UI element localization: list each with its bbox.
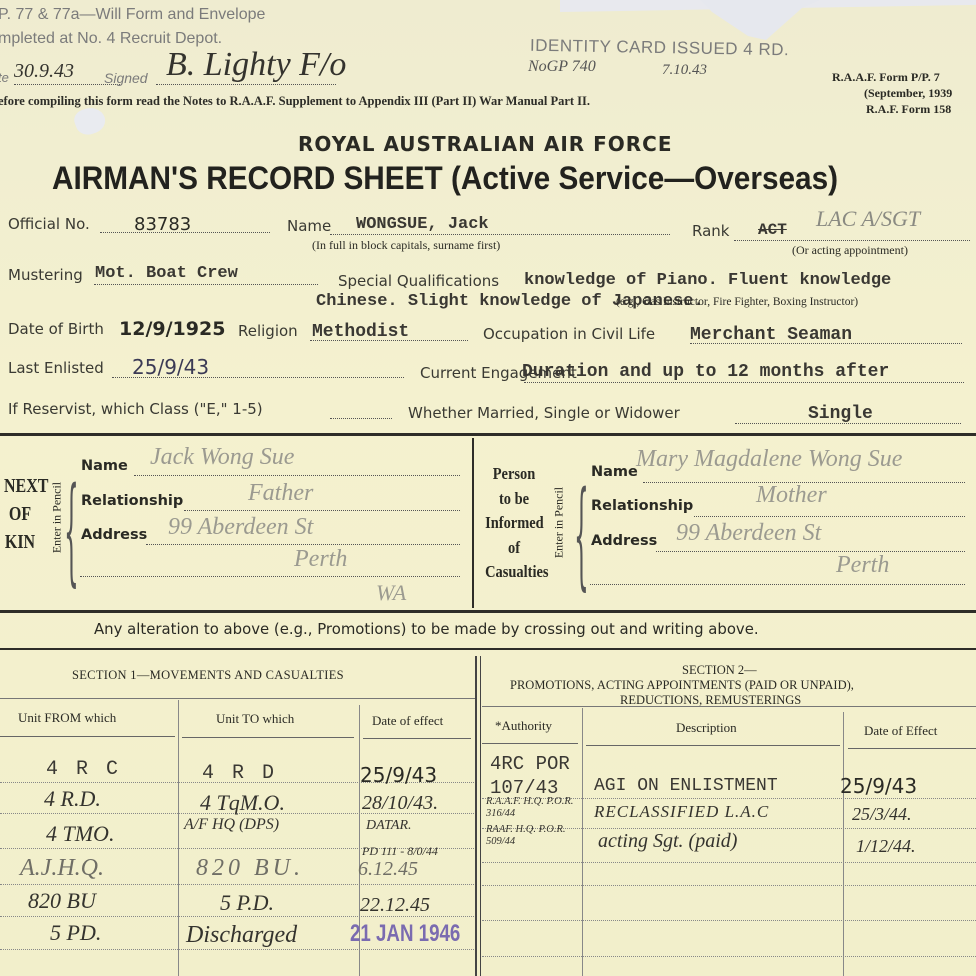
casualty-address-line-2 [590,584,965,585]
casualty-relationship-label: Relationship [591,498,693,514]
instructions: efore compiling this form read the Notes… [0,94,590,109]
table-row-description-3: acting Sgt. (paid) [598,830,737,853]
reservist-line [330,418,392,419]
mustering-value: Mot. Boat Crew [95,264,238,283]
occupation-label: Occupation in Civil Life [483,325,655,343]
religion-label: Religion [238,322,298,340]
table-row-description-2: RECLASSIFIED L.A.C [594,802,769,822]
marital-value: Single [808,404,873,424]
section-divider [475,656,477,976]
section1-col-date: Date of effect [372,713,443,729]
casualty-address-line [656,551,965,552]
table-row-7-from: 5 PD. [50,920,101,946]
mustering-line [94,284,318,285]
date-label: te [0,70,9,85]
table-row-authority-1: 4RC POR 107/43 [490,752,584,800]
row-line [482,885,976,886]
table-row-6-date: 22.12.45 [360,894,430,917]
table-row-5-from: A.J.H.Q. [20,855,104,882]
nok-address-value-2: Perth [294,546,347,573]
section1-col-to: Unit TO which [216,711,294,727]
occupation-value: Merchant Seaman [690,325,852,345]
last-enlisted-label: Last Enlisted [8,359,104,377]
header-underline [586,745,840,746]
casualty-contact-heading: Person to be Informed of Casualties [485,462,543,585]
name-value: WONGSUE, Jack [356,215,489,234]
table-row-7-to: Discharged [186,922,297,949]
casualty-relationship-line [694,516,965,517]
reservist-label: If Reservist, which Class ("E," 1-5) [8,400,263,418]
rank-hint: (Or acting appointment) [792,243,908,258]
header-underline [363,738,471,739]
form-ref-1: R.A.A.F. Form P/P. 7 [832,70,940,85]
section2-rule [482,706,976,707]
engagement-value: Duration and up to 12 months after [522,362,889,382]
row-line [0,949,474,950]
nok-address-line [146,544,460,545]
official-no-label: Official No. [8,215,90,233]
section2-col-description: Description [676,720,737,736]
casualty-name-label: Name [591,464,638,480]
section2-title-2: PROMOTIONS, ACTING APPOINTMENTS (PAID OR… [510,678,854,693]
nok-name-line [134,475,460,476]
casualty-name-value: Mary Magdalene Wong Sue [636,446,902,473]
last-enlisted-value: 25/9/43 [132,355,209,379]
casualty-pencil-note: Enter in Pencil [552,468,567,578]
section2-col-divider [843,712,844,976]
org-title: ROYAL AUSTRALIAN AIR FORCE [298,132,673,156]
nok-address-value-3: WA [376,580,406,606]
page-title: AIRMAN'S RECORD SHEET (Active Service—Ov… [52,160,838,197]
form-ref-2: (September, 1939 [864,86,952,101]
signed-label: Signed [104,70,148,86]
casualty-address-value-2: Perth [836,552,889,579]
table-row-6-to: 5 P.D. [220,890,274,916]
row-line [482,862,976,863]
table-row-3-to: A/F HQ (DPS) [184,816,279,834]
religion-value: Methodist [312,322,409,342]
casualty-relationship-value: Mother [756,482,827,509]
nok-relationship-label: Relationship [81,493,183,509]
brace-icon: { [574,466,589,602]
table-row-authority-3: RAAF. H.Q. P.O.R. 509/44 [486,824,582,848]
identity-date: 7.10.43 [662,62,707,79]
dob-label: Date of Birth [8,320,104,338]
divider-line [0,433,976,436]
will-form-note: P. 77 & 77a—Will Form and Envelope [0,6,265,24]
section-divider [480,656,481,976]
table-row-2-from: 4 R.D. [44,786,101,812]
kin-divider [472,438,474,608]
table-row-3-date: DATAR. [366,818,412,834]
casualty-address-label: Address [591,533,657,549]
name-hint: (In full in block capitals, surname firs… [312,238,500,253]
header-underline [848,748,976,749]
nok-relationship-value: Father [248,480,313,507]
row-line [482,920,976,921]
table-row-1-date: 25/9/43 [360,763,437,787]
official-no-value: 83783 [134,214,191,235]
rank-line [734,240,970,241]
table-row-1-from: 4 R C [46,758,121,781]
special-qual-hint: (e.g., Gas Instructor, Fire Fighter, Box… [616,296,858,308]
casualty-address-value-1: 99 Aberdeen St [676,520,821,547]
header-underline [482,743,578,744]
row-line [0,884,474,885]
table-row-5-date: 6.12.45 [358,858,418,881]
divider-line [0,610,976,613]
section2-title-1: SECTION 2— [682,663,757,678]
identity-no: NoGP 740 [528,58,596,76]
section1-col-divider [178,700,179,976]
nok-address-value-1: 99 Aberdeen St [168,514,313,541]
rank-value: ACT [758,221,787,239]
signature: B. Lighty F/o [166,46,346,84]
date-value: 30.9.43 [14,60,74,83]
table-row-5-to: 820 BU. [196,855,304,882]
table-row-1-to: 4 R D [202,762,277,785]
table-row-6-from: 820 BU [28,888,96,914]
next-of-kin-pencil-note: Enter in Pencil [50,463,65,573]
engagement-line [524,382,964,383]
table-row-authority-2: R.A.A.F. H.Q. P.O.R. 316/44 [486,796,582,820]
row-line [482,956,976,957]
signature-dotted-line [156,84,336,85]
torn-edge [700,0,820,40]
table-row-4-date: PD 111 - 8/0/44 [362,844,438,859]
table-row-2-date: 28/10/43. [362,792,438,815]
dob-value: 12/9/1925 [119,318,225,340]
rank-label: Rank [692,222,729,240]
marital-label: Whether Married, Single or Widower [408,404,680,422]
name-label: Name [287,217,331,235]
record-sheet-paper: P. 77 & 77a—Will Form and Envelope mplet… [0,0,976,976]
header-underline [0,736,175,737]
table-row-2-to: 4 TqM.O. [200,790,285,816]
section2-col-authority: *Authority [495,718,552,734]
divider-line [0,648,976,650]
special-qual-label: Special Qualifications [338,272,499,290]
mustering-label: Mustering [8,266,83,284]
table-row-date-3: 1/12/44. [856,836,916,857]
nok-name-value: Jack Wong Sue [150,444,294,471]
name-line [330,234,670,235]
table-row-date-2: 25/3/44. [852,804,912,825]
next-of-kin-heading: NEXT OF KIN [4,472,36,556]
discharge-date-stamp: 21 JAN 1946 [350,920,460,948]
rank-amendment: LAC A/SGT [816,206,920,232]
section1-title: SECTION 1—MOVEMENTS AND CASUALTIES [72,668,344,683]
nok-name-label: Name [81,458,128,474]
table-row-3-from: 4 TMO. [46,821,114,847]
nok-address-label: Address [81,527,147,543]
section1-col-from: Unit FROM which [18,710,116,726]
special-qual-line1: knowledge of Piano. Fluent knowledge [524,271,891,290]
header-underline [182,737,354,738]
identity-stamp: IDENTITY CARD ISSUED 4 RD. [530,36,790,61]
section1-rule [0,698,475,699]
nok-address-line-2 [80,576,460,577]
table-row-description-1: AGI ON ENLISTMENT [594,776,778,796]
form-ref-3: R.A.F. Form 158 [866,102,951,117]
section2-col-divider [582,708,583,976]
alteration-note: Any alteration to above (e.g., Promotion… [94,620,759,638]
nok-relationship-line [184,510,460,511]
table-row-date-1: 25/9/43 [840,774,917,798]
section2-col-date: Date of Effect [864,723,937,739]
brace-icon: { [64,462,79,598]
